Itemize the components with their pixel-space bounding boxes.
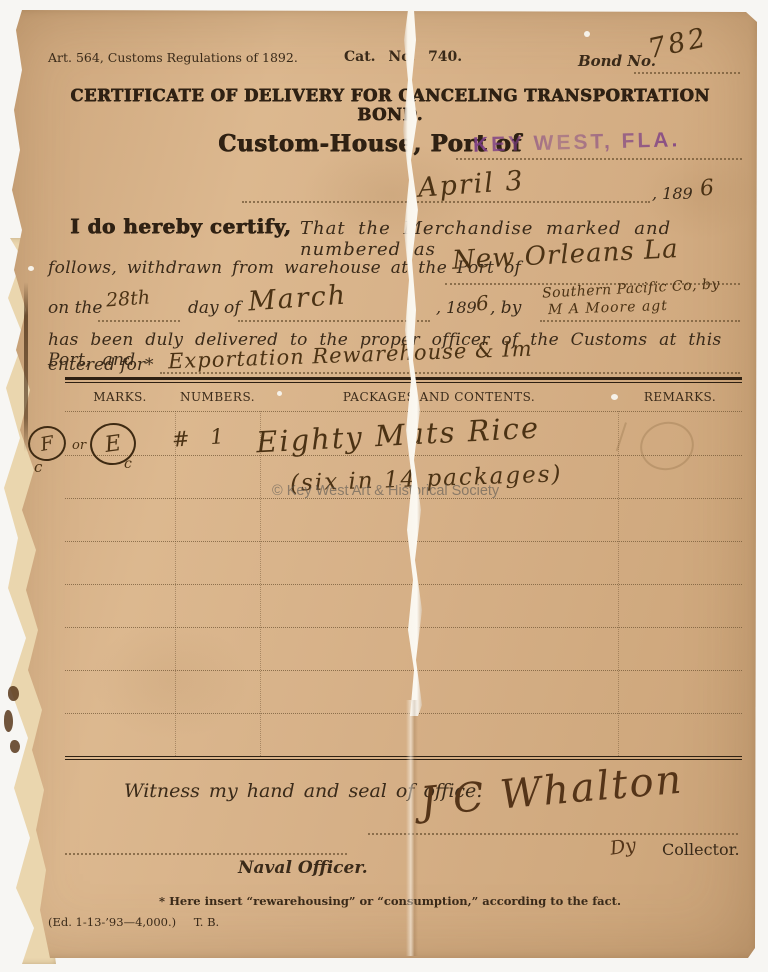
mark-letter-e: E xyxy=(103,431,122,458)
certify-line2: follows, withdrawn from warehouse at the… xyxy=(48,258,521,278)
col-header-marks: MARKS. xyxy=(65,390,175,404)
year3-written: 6 xyxy=(475,290,490,315)
year3-printed: , 189 xyxy=(436,298,477,317)
torn-edge-shadow xyxy=(24,282,28,452)
catalog-number: Cat. No. 740. xyxy=(344,49,462,65)
bond-number-line xyxy=(634,72,740,74)
paper-speck xyxy=(584,31,590,37)
col-header-packages: PACKAGES AND CONTENTS. xyxy=(260,390,618,404)
regulation-note: Art. 564, Customs Regulations of 1892. xyxy=(48,50,298,65)
col-header-numbers: NUMBERS. xyxy=(175,390,260,404)
signature-line xyxy=(368,833,738,835)
by-label: , by xyxy=(490,298,521,318)
table-row-line xyxy=(65,584,742,585)
row-numbers: # 1 xyxy=(171,424,224,452)
col-header-remarks: REMARKS. xyxy=(618,390,742,404)
table-row-line xyxy=(65,541,742,542)
collector-label: Collector. xyxy=(662,840,740,859)
document-title: CERTIFICATE OF DELIVERY FOR CANCELING TR… xyxy=(70,86,710,124)
table-top-rule xyxy=(65,377,742,380)
table-col-separator xyxy=(175,411,176,756)
vertical-crease xyxy=(406,700,418,956)
paper-speck xyxy=(28,266,34,271)
bond-number-label: Bond No. xyxy=(578,52,656,70)
table-row-line xyxy=(65,627,742,628)
year-printed: , 189 xyxy=(652,184,693,203)
carrier-line xyxy=(540,320,740,322)
table-col-separator xyxy=(260,411,261,756)
edge-burn-mark xyxy=(10,740,20,753)
port-line xyxy=(456,158,742,160)
table-top-rule-thin xyxy=(65,382,742,383)
mark-sub-c2: c xyxy=(124,456,132,472)
mark-letter-f: F xyxy=(39,432,56,456)
signature-deputy: Dy xyxy=(609,834,638,859)
day-line xyxy=(98,320,180,322)
table-row-line xyxy=(65,670,742,671)
table-row-line xyxy=(65,455,742,456)
entered-for-label: entered for* xyxy=(48,355,154,375)
archive-watermark: © Key West Art & Historical Society xyxy=(272,483,499,499)
table-row-line xyxy=(65,411,742,412)
table-bottom-rule xyxy=(65,756,742,757)
edition-tb: T. B. xyxy=(194,915,219,929)
entered-for-line xyxy=(160,372,740,374)
edition-note: (Ed. 1-13-’93—4,000.) T. B. xyxy=(48,915,219,929)
table-row-line xyxy=(65,713,742,714)
month-line xyxy=(238,320,430,322)
on-the-label: on the xyxy=(48,298,102,318)
edge-burn-mark xyxy=(8,686,19,701)
edge-burn-mark xyxy=(4,710,13,732)
certify-lead: I do hereby certify, xyxy=(70,214,291,238)
day-written: 28th xyxy=(105,286,150,311)
table-col-separator xyxy=(618,411,619,756)
scanned-certificate-document: Art. 564, Customs Regulations of 1892. C… xyxy=(0,0,768,972)
edition-text: (Ed. 1-13-’93—4,000.) xyxy=(48,915,176,929)
footnote: * Here insert “rewarehousing” or “consum… xyxy=(90,894,690,908)
day-of-label: day of xyxy=(188,298,241,318)
naval-officer-line xyxy=(65,853,347,855)
year-digit-written: 6 xyxy=(699,175,716,201)
mark-or: or xyxy=(72,438,86,453)
mark-sub-c1: c xyxy=(34,458,42,476)
naval-officer-label: Naval Officer. xyxy=(238,858,368,878)
